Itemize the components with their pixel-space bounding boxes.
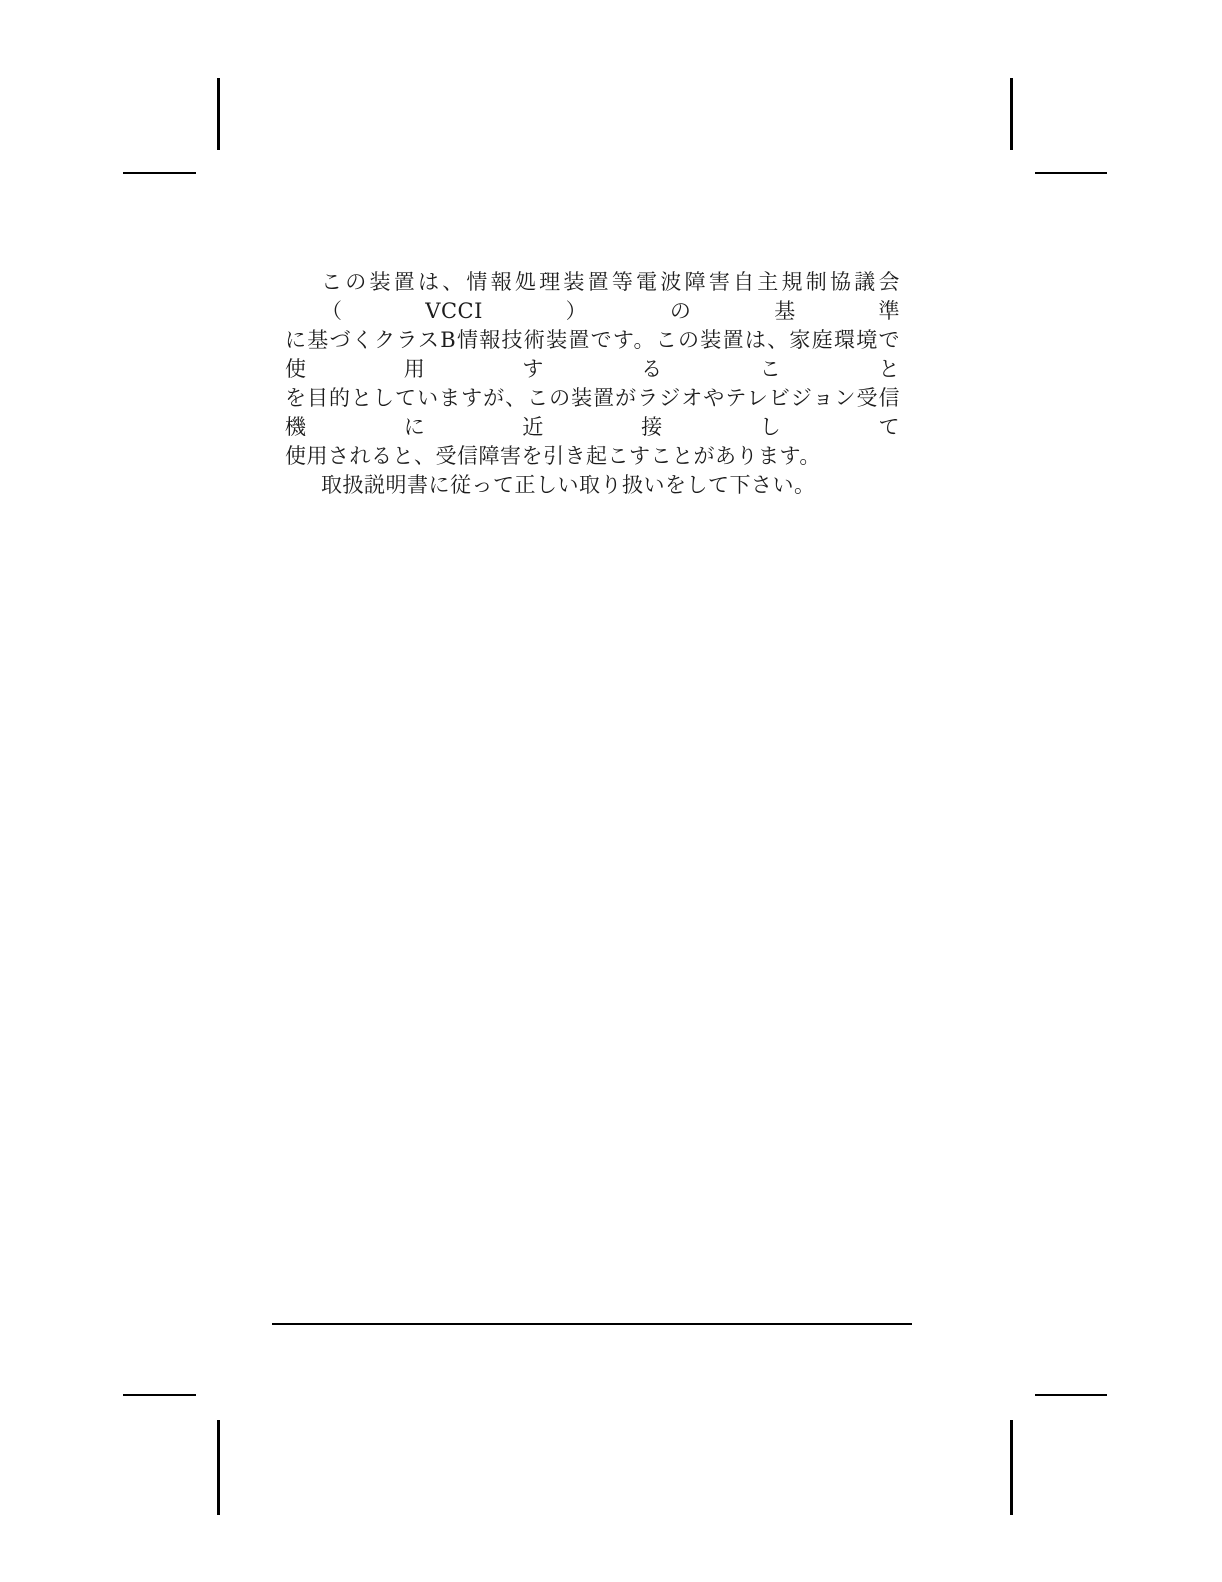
crop-mark-bottom-right-vertical [1010,1420,1013,1515]
vcci-notice-paragraph: この装置は、情報処理装置等電波障害自主規制協議会（VCCI）の基準 に基づくクラ… [285,268,900,500]
notice-line-2: に基づくクラスB情報技術装置です。この装置は、家庭環境で使用すること [285,326,900,384]
notice-line-3: を目的としていますが、この装置がラジオやテレビジョン受信機に近接して [285,384,900,442]
crop-mark-top-right-vertical [1010,78,1013,150]
crop-mark-bottom-left-vertical [217,1420,220,1515]
notice-line-4: 使用されると、受信障害を引き起こすことがあります。 [285,442,900,471]
crop-mark-top-left-horizontal [123,172,196,174]
notice-line-1: この装置は、情報処理装置等電波障害自主規制協議会（VCCI）の基準 [285,268,900,326]
crop-mark-top-left-vertical [217,78,220,150]
crop-mark-top-right-horizontal [1035,172,1107,174]
document-page: この装置は、情報処理装置等電波障害自主規制協議会（VCCI）の基準 に基づくクラ… [0,0,1222,1582]
crop-mark-bottom-left-horizontal [123,1394,196,1396]
notice-line-5: 取扱説明書に従って正しい取り扱いをして下さい。 [285,471,900,500]
footer-rule [272,1323,912,1325]
crop-mark-bottom-right-horizontal [1035,1394,1107,1396]
